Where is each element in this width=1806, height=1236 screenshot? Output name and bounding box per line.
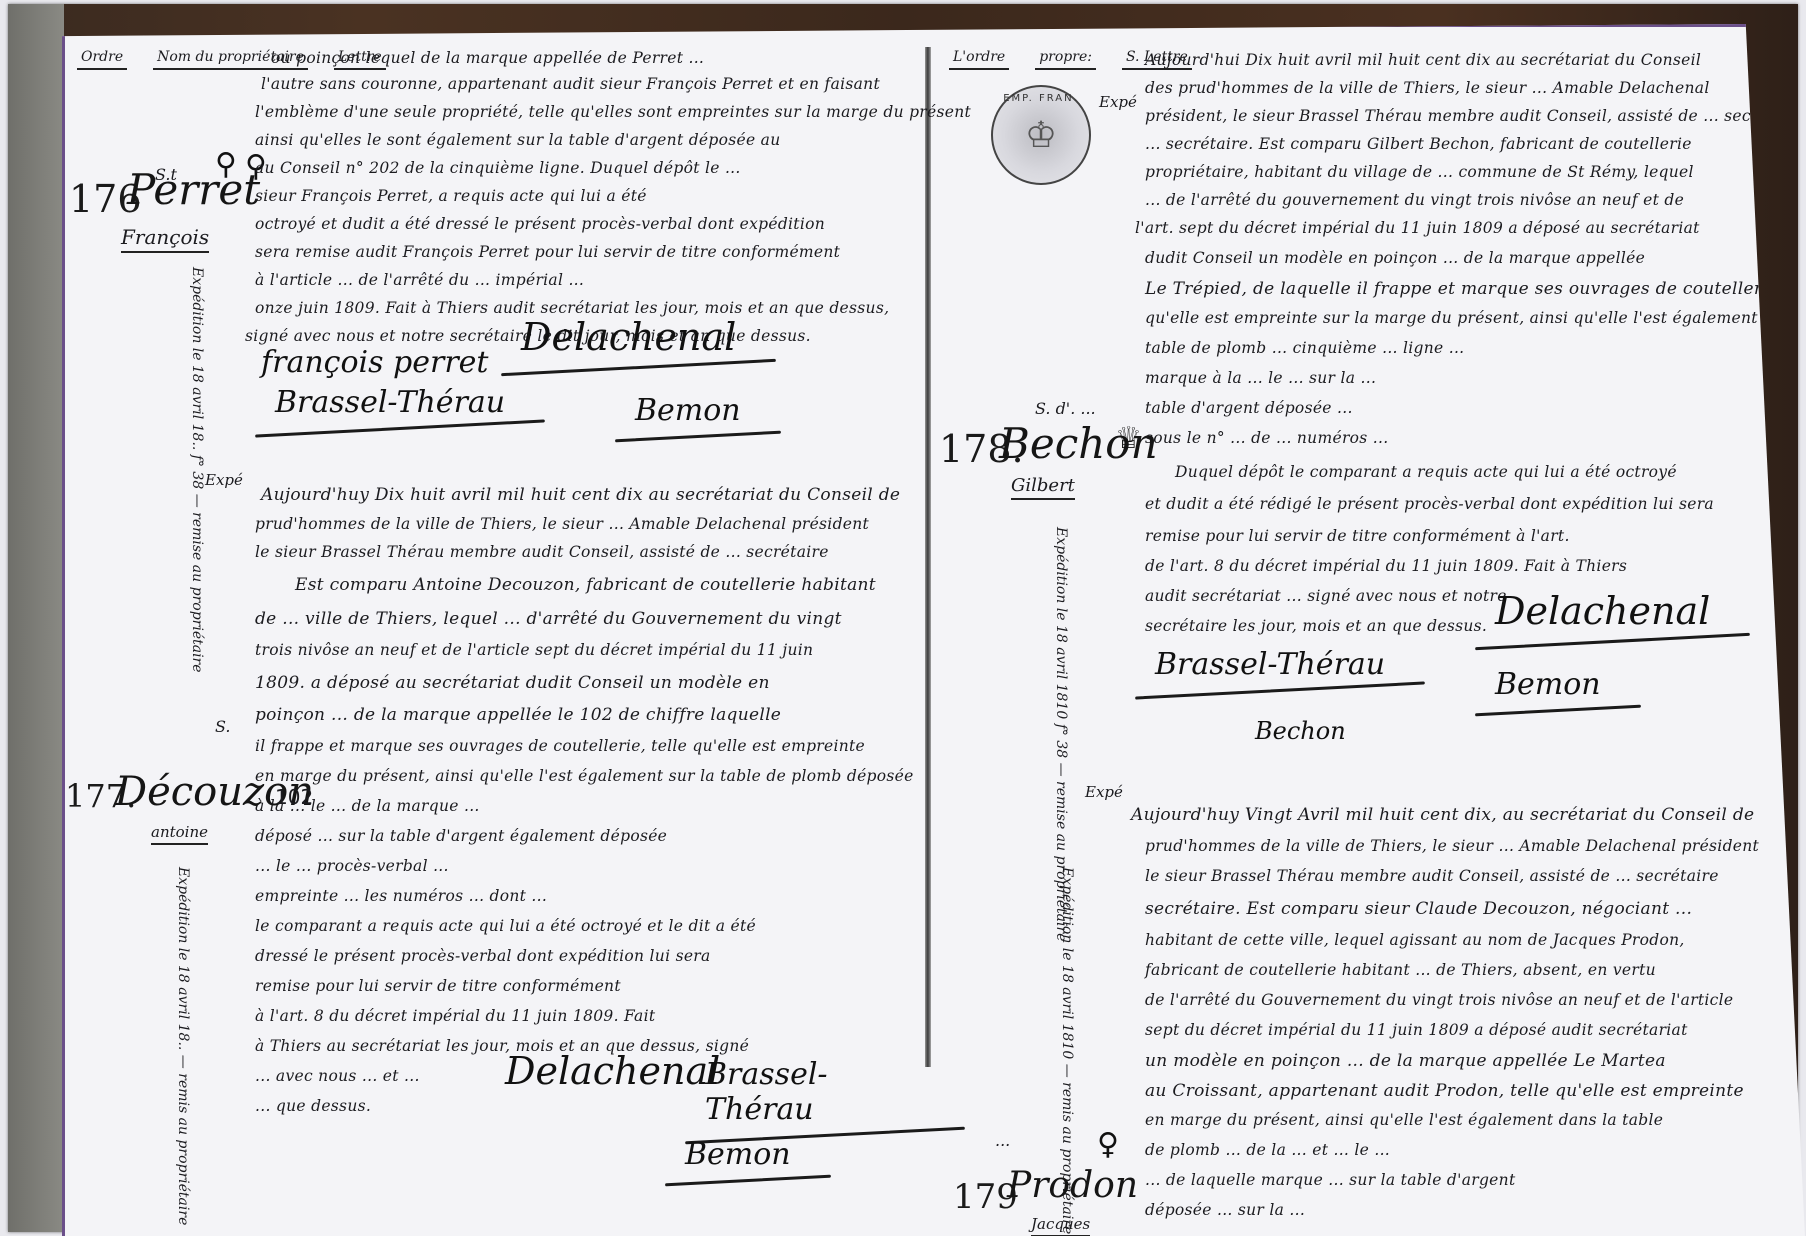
text-line: dudit Conseil un modèle en poinçon ... d… [1145, 249, 1645, 267]
text-line: en marge du présent, ainsi qu'elle l'est… [1145, 1111, 1663, 1129]
text-line: des prud'hommes de la ville de Thiers, l… [1145, 79, 1710, 97]
signature-brassel-therau: Brassel-Thérau [1155, 647, 1385, 682]
text-line: de plomb ... de la ... et ... le ... [1145, 1141, 1390, 1159]
text-line: un modèle en poinçon ... de la marque ap… [1145, 1051, 1666, 1071]
text-line: en marge du présent, ainsi qu'elle l'est… [255, 767, 914, 785]
seal-figure-icon: ♔ [1025, 115, 1057, 156]
text-line: propriétaire, habitant du village de ...… [1145, 163, 1694, 181]
signature-bechon: Bechon [1255, 717, 1346, 745]
text-line: octroyé et dudit a été dressé le présent… [255, 215, 825, 233]
signature-bemon: Bemon [635, 393, 741, 428]
text-line: Aujourd'huy Dix huit avril mil huit cent… [261, 485, 900, 505]
text-line: empreinte ... les numéros ... dont ... [255, 887, 547, 905]
text-line: ... que dessus. [255, 1097, 371, 1115]
text-line: de ... ville de Thiers, lequel ... d'arr… [255, 609, 842, 629]
text-line: ainsi qu'elles le sont également sur la … [255, 131, 781, 149]
signature-brassel-therau: Brassel-Thérau [705, 1057, 925, 1127]
text-line: l'autre sans couronne, appartenant audit… [261, 75, 880, 93]
text-line: qu'elle est empreinte sur la marge du pr… [1145, 309, 1806, 327]
text-line: remise pour lui servir de titre conformé… [1145, 527, 1570, 545]
imperial-stamp-seal: EMP. FRAN. ♔ [991, 85, 1091, 185]
text-line: audit secrétariat ... signé avec nous et… [1145, 587, 1507, 605]
right-page: L'ordre propre: S. Lettre EMP. FRAN. ♔ E… [935, 27, 1795, 1236]
text-line: au Croissant, appartenant audit Prodon, … [1145, 1081, 1744, 1101]
entry-176-first-name: François [121, 225, 209, 253]
text-line: sieur François Perret, a requis acte qui… [255, 187, 647, 205]
text-line: l'art. sept du décret impérial du 11 jui… [1135, 219, 1700, 237]
header-ordre: L'ordre [949, 49, 1009, 70]
entry-178-first-name: Gilbert [1011, 475, 1075, 500]
text-line: dressé le présent procès-verbal dont exp… [255, 947, 711, 965]
text-line: Le Trépied, de laquelle il frappe et mar… [1145, 279, 1806, 299]
text-line: trois nivôse an neuf et de l'article sep… [255, 641, 813, 659]
text-line: le sieur Brassel Thérau membre audit Con… [255, 543, 829, 561]
text-line: ... secrétaire. Est comparu Gilbert Bech… [1145, 135, 1692, 153]
text-line: prud'hommes de la ville de Thiers, le si… [255, 515, 869, 533]
book-binding-gutter [925, 47, 931, 1067]
text-line: à l'art. 8 du décret impérial du 11 juin… [255, 1007, 655, 1025]
text-line: Est comparu Antoine Decouzon, fabricant … [295, 575, 876, 595]
text-line: 1809. a déposé au secrétariat dudit Cons… [255, 673, 770, 693]
entry-177-mark-code: 102 [275, 785, 313, 809]
entry-177-ref: S. [215, 717, 230, 736]
text-line: marque à la ... le ... sur la ... [1145, 369, 1376, 387]
text-line: habitant de cette ville, lequel agissant… [1145, 931, 1685, 949]
text-line: président, le sieur Brassel Thérau membr… [1145, 107, 1806, 125]
anchor-cross-mark-icon: ♀ [1097, 1127, 1119, 1162]
entry-176-surname: Perret [127, 165, 260, 214]
text-line: prud'hommes de la ville de Thiers, le si… [1145, 837, 1759, 855]
text-line: de l'art. 8 du décret impérial du 11 jui… [1145, 557, 1627, 575]
text-line: ... de l'arrêté du gouvernement du vingt… [1145, 191, 1684, 209]
text-line: secrétaire les jour, mois et an que dess… [1145, 617, 1487, 635]
text-line: le sieur Brassel Thérau membre audit Con… [1145, 867, 1719, 885]
text-line: Duquel dépôt le comparant a requis acte … [1175, 463, 1677, 481]
entry-179-surname: Prodon [1007, 1165, 1138, 1206]
text-line: l'emblème d'une seule propriété, telle q… [255, 103, 971, 121]
text-line: ou poinçon lequel de la marque appellée … [271, 49, 704, 67]
text-line: Aujourd'hui Dix huit avril mil huit cent… [1145, 51, 1701, 69]
text-line: déposée ... sur la ... [1145, 1201, 1305, 1219]
left-page: Ordre Nom du propriétaire Lettre S.t ⚲ ⚲… [65, 27, 925, 1236]
crown-mark-icon: ♕ [1115, 421, 1142, 456]
signature-delachenal: Delachenal [505, 1049, 720, 1093]
text-line: au Conseil n° 202 de la cinquième ligne.… [255, 159, 741, 177]
signature-bemon: Bemon [1495, 667, 1601, 702]
expedition-label: Expé [205, 471, 243, 489]
expedition-label: Expé [1085, 783, 1123, 801]
seal-text: EMP. FRAN. [993, 93, 1089, 104]
entry-176-margin-note: Expédition le 18 avril 18.. f° 38 — remi… [189, 267, 205, 673]
text-line: Aujourd'huy Vingt Avril mil huit cent di… [1131, 805, 1754, 825]
text-line: fabricant de coutellerie habitant ... de… [1145, 961, 1656, 979]
text-line: déposé ... sur la table d'argent égaleme… [255, 827, 667, 845]
text-line: sera remise audit François Perret pour l… [255, 243, 840, 261]
register-spread: Ordre Nom du propriétaire Lettre S.t ⚲ ⚲… [62, 24, 1805, 1236]
text-line: et dudit a été rédigé le présent procès-… [1145, 495, 1714, 513]
signature-delachenal: Delachenal [1495, 589, 1710, 633]
text-line: ... de laquelle marque ... sur la table … [1145, 1171, 1515, 1189]
text-line: secrétaire. Est comparu sieur Claude Dec… [1145, 899, 1692, 919]
signature-delachenal: Delachenal [521, 315, 736, 359]
signature-perret: françois perret [261, 345, 489, 380]
text-line: de l'arrêté du Gouvernement du vingt tro… [1145, 991, 1733, 1009]
text-line: ... le ... procès-verbal ... [255, 857, 449, 875]
header-propre: propre: [1035, 49, 1096, 70]
entry-177-first-name: antoine [151, 823, 208, 845]
text-line: sept du décret impérial du 11 juin 1809 … [1145, 1021, 1688, 1039]
entry-177-margin-note: Expédition le 18 avril 18.. — remis au p… [175, 867, 191, 1225]
wall-edge [8, 4, 64, 1232]
signature-bemon: Bemon [685, 1137, 791, 1172]
text-line: sous le n° ... de ... numéros ... [1145, 429, 1388, 447]
text-line: à l'article ... de l'arrêté du ... impér… [255, 271, 584, 289]
text-line: poinçon ... de la marque appellée le 102… [255, 705, 781, 725]
signature-brassel-therau: Brassel-Thérau [275, 385, 505, 420]
text-line: ... avec nous ... et ... [255, 1067, 420, 1085]
text-line: remise pour lui servir de titre conformé… [255, 977, 621, 995]
text-line: il frappe et marque ses ouvrages de cout… [255, 737, 865, 755]
text-line: table d'argent déposée ... [1145, 399, 1353, 417]
text-line: table de plomb ... cinquième ... ligne .… [1145, 339, 1464, 357]
expedition-label: Expé [1099, 93, 1137, 111]
text-line: le comparant a requis acte qui lui a été… [255, 917, 756, 935]
entry-179-ref: ... [995, 1131, 1010, 1150]
entry-178-ref: S. d'. ... [1035, 399, 1096, 418]
entry-179-first-name: Jacques [1031, 1215, 1090, 1236]
header-ordre: Ordre [77, 49, 127, 70]
